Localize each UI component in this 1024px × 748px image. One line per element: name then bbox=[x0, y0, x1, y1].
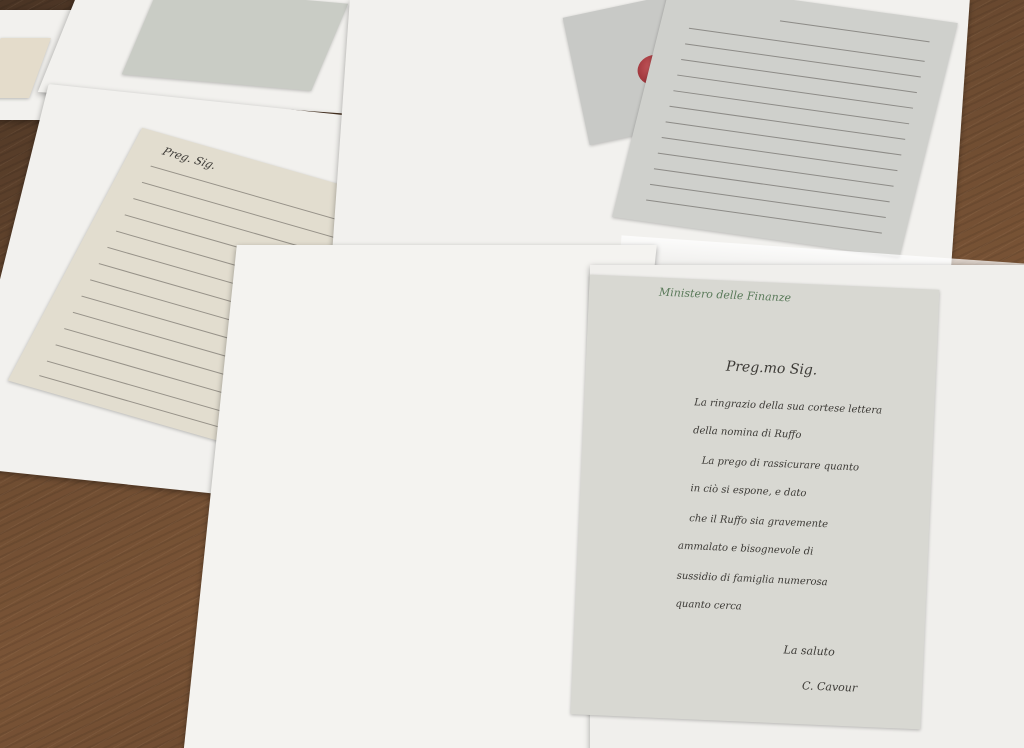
body-line: della nomina di Ruffo bbox=[693, 425, 802, 441]
letter-top-center bbox=[122, 0, 348, 91]
body-line: quanto cerca bbox=[675, 599, 742, 613]
body-line: La ringrazio della sua cortese lettera bbox=[694, 397, 882, 416]
letter-top-right bbox=[612, 0, 958, 257]
body-line: ammalato e bisognevole di bbox=[678, 541, 814, 558]
salutation: Preg.mo Sig. bbox=[726, 359, 818, 379]
body-line: in ciò si espone, e dato bbox=[690, 483, 806, 499]
body-line: sussidio di famiglia numerosa bbox=[676, 571, 827, 589]
closing: La saluto bbox=[783, 643, 835, 658]
body-line: La prego di rassicurare quanto bbox=[701, 456, 859, 474]
letter-main: Ministero delle Finanze Preg.mo Sig. La … bbox=[571, 275, 940, 730]
letter-left-header: Preg. Sig. bbox=[160, 145, 219, 172]
letterhead: Ministero delle Finanze bbox=[659, 286, 792, 305]
body-line: che il Ruffo sia gravemente bbox=[689, 513, 828, 530]
signature: C. Cavour bbox=[802, 679, 858, 694]
